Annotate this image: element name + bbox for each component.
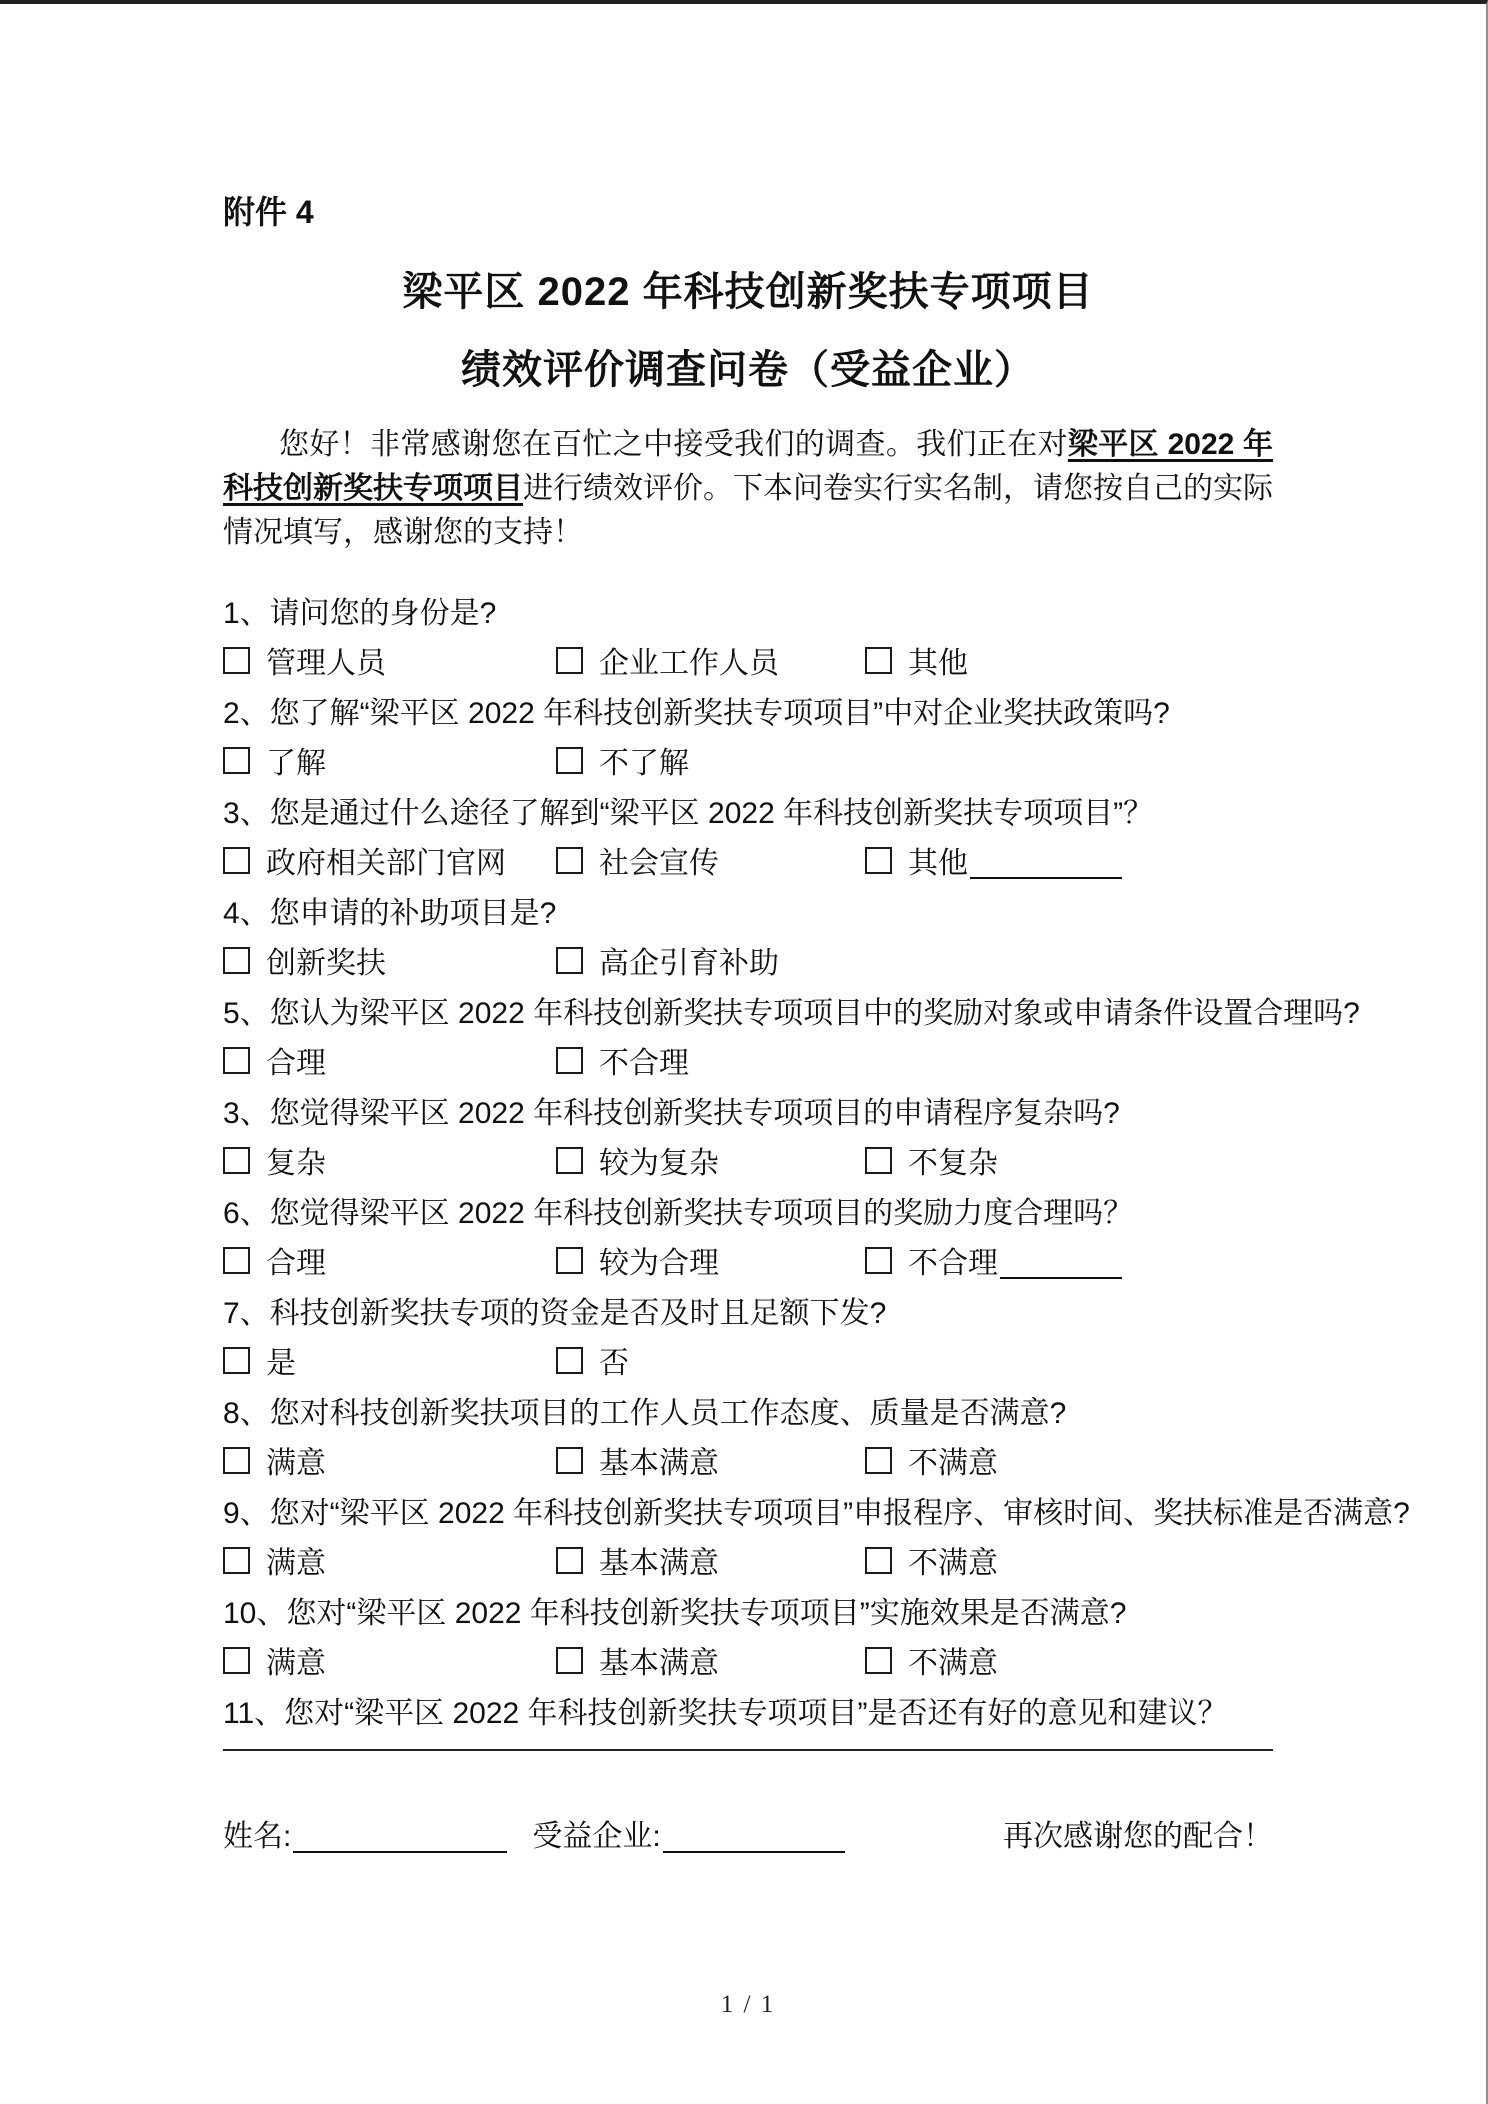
- page-content: 附件 4 梁平区 2022 年科技创新奖扶专项项目 绩效评价调查问卷（受益企业）…: [223, 4, 1273, 2019]
- option[interactable]: 较为合理: [556, 1238, 865, 1282]
- option-label: 高企引育补助: [599, 938, 779, 982]
- option-row: 是否: [223, 1335, 1273, 1385]
- option[interactable]: 不满意: [865, 1638, 998, 1682]
- question-text: 2、您了解“梁平区 2022 年科技创新奖扶专项项目”中对企业奖扶政策吗?: [223, 685, 1273, 735]
- option-label: 不合理: [908, 1238, 998, 1282]
- question-text: 10、您对“梁平区 2022 年科技创新奖扶专项项目”实施效果是否满意?: [223, 1585, 1273, 1635]
- document-page: 附件 4 梁平区 2022 年科技创新奖扶专项项目 绩效评价调查问卷（受益企业）…: [0, 0, 1488, 2104]
- checkbox-icon[interactable]: [556, 847, 583, 874]
- name-label: 姓名:: [223, 1820, 291, 1853]
- option-label: 是: [266, 1338, 296, 1382]
- checkbox-icon[interactable]: [556, 1447, 583, 1474]
- checkbox-icon[interactable]: [556, 1147, 583, 1174]
- question-text: 4、您申请的补助项目是?: [223, 885, 1273, 935]
- checkbox-icon[interactable]: [865, 1647, 892, 1674]
- option[interactable]: 复杂: [223, 1138, 556, 1182]
- question-list: 1、请问您的身份是?管理人员企业工作人员其他2、您了解“梁平区 2022 年科技…: [223, 585, 1273, 1735]
- option-label: 较为合理: [599, 1238, 719, 1282]
- option[interactable]: 高企引育补助: [556, 938, 865, 982]
- question-text: 11、您对“梁平区 2022 年科技创新奖扶专项项目”是否还有好的意见和建议？: [223, 1685, 1273, 1735]
- option[interactable]: 是: [223, 1338, 556, 1382]
- option[interactable]: 不合理: [865, 1238, 1122, 1282]
- question-text: 5、您认为梁平区 2022 年科技创新奖扶专项项目中的奖励对象或申请条件设置合理…: [223, 985, 1273, 1035]
- option-label: 否: [599, 1338, 629, 1382]
- option-row: 满意基本满意不满意: [223, 1435, 1273, 1485]
- option-label: 了解: [266, 738, 326, 782]
- option[interactable]: 满意: [223, 1438, 556, 1482]
- checkbox-icon[interactable]: [556, 1047, 583, 1074]
- checkbox-icon[interactable]: [223, 1647, 250, 1674]
- checkbox-icon[interactable]: [556, 947, 583, 974]
- option[interactable]: 合理: [223, 1238, 556, 1282]
- option[interactable]: 不了解: [556, 738, 865, 782]
- option[interactable]: 满意: [223, 1538, 556, 1582]
- option-row: 创新奖扶高企引育补助: [223, 935, 1273, 985]
- option-row: 合理不合理: [223, 1035, 1273, 1085]
- question-text: 3、您是通过什么途径了解到“梁平区 2022 年科技创新奖扶专项项目”？: [223, 785, 1273, 835]
- question-text: 9、您对“梁平区 2022 年科技创新奖扶专项项目”申报程序、审核时间、奖扶标准…: [223, 1485, 1273, 1535]
- option[interactable]: 较为复杂: [556, 1138, 865, 1182]
- option[interactable]: 了解: [223, 738, 556, 782]
- option-label: 不满意: [908, 1538, 998, 1582]
- option[interactable]: 政府相关部门官网: [223, 838, 556, 882]
- divider-line: [223, 1749, 1273, 1751]
- option-label: 满意: [266, 1638, 326, 1682]
- option-row: 了解不了解: [223, 735, 1273, 785]
- option[interactable]: 创新奖扶: [223, 938, 556, 982]
- option-label: 政府相关部门官网: [266, 838, 506, 882]
- option-label: 基本满意: [599, 1438, 719, 1482]
- question-text: 7、科技创新奖扶专项的资金是否及时且足额下发?: [223, 1285, 1273, 1335]
- option-row: 复杂较为复杂不复杂: [223, 1135, 1273, 1185]
- fill-in-line[interactable]: [1000, 1241, 1122, 1279]
- checkbox-icon[interactable]: [865, 1147, 892, 1174]
- doc-title-line1: 梁平区 2022 年科技创新奖扶专项项目: [223, 272, 1273, 312]
- option[interactable]: 否: [556, 1338, 865, 1382]
- question-text: 8、您对科技创新奖扶项目的工作人员工作态度、质量是否满意?: [223, 1385, 1273, 1435]
- option[interactable]: 管理人员: [223, 638, 556, 682]
- thanks-text: 再次感谢您的配合！: [1003, 1820, 1273, 1853]
- option-label: 其他: [908, 838, 968, 882]
- checkbox-icon[interactable]: [556, 747, 583, 774]
- option-label: 创新奖扶: [266, 938, 386, 982]
- option-label: 较为复杂: [599, 1138, 719, 1182]
- option-label: 不合理: [599, 1038, 689, 1082]
- checkbox-icon[interactable]: [865, 847, 892, 874]
- option-row: 管理人员企业工作人员其他: [223, 635, 1273, 685]
- page-number: 1 / 1: [223, 1991, 1273, 2019]
- option-row: 政府相关部门官网社会宣传其他: [223, 835, 1273, 885]
- option-row: 合理较为合理不合理: [223, 1235, 1273, 1285]
- doc-title-line2: 绩效评价调查问卷（受益企业）: [223, 350, 1273, 390]
- checkbox-icon[interactable]: [865, 1447, 892, 1474]
- checkbox-icon[interactable]: [556, 1347, 583, 1374]
- checkbox-icon[interactable]: [223, 1047, 250, 1074]
- checkbox-icon[interactable]: [865, 647, 892, 674]
- checkbox-icon[interactable]: [556, 647, 583, 674]
- option[interactable]: 社会宣传: [556, 838, 865, 882]
- option-label: 社会宣传: [599, 838, 719, 882]
- checkbox-icon[interactable]: [556, 1247, 583, 1274]
- checkbox-icon[interactable]: [223, 647, 250, 674]
- option[interactable]: 不满意: [865, 1438, 998, 1482]
- option[interactable]: 基本满意: [556, 1438, 865, 1482]
- option[interactable]: 其他: [865, 638, 968, 682]
- checkbox-icon[interactable]: [865, 1547, 892, 1574]
- question-text: 6、您觉得梁平区 2022 年科技创新奖扶专项项目的奖励力度合理吗？: [223, 1185, 1273, 1235]
- option-label: 管理人员: [266, 638, 386, 682]
- checkbox-icon[interactable]: [223, 847, 250, 874]
- company-label: 受益企业:: [532, 1820, 660, 1853]
- checkbox-icon[interactable]: [556, 1547, 583, 1574]
- option-row: 满意基本满意不满意: [223, 1635, 1273, 1685]
- option-label: 不满意: [908, 1438, 998, 1482]
- checkbox-icon[interactable]: [223, 1147, 250, 1174]
- option-label: 其他: [908, 638, 968, 682]
- option[interactable]: 不合理: [556, 1038, 865, 1082]
- intro-lead: 您好！非常感谢您在百忙之中接受我们的调查。我们正在对: [279, 428, 1068, 461]
- question-text: 3、您觉得梁平区 2022 年科技创新奖扶专项项目的申请程序复杂吗?: [223, 1085, 1273, 1135]
- option[interactable]: 企业工作人员: [556, 638, 865, 682]
- checkbox-icon[interactable]: [865, 1247, 892, 1274]
- option[interactable]: 基本满意: [556, 1638, 865, 1682]
- checkbox-icon[interactable]: [223, 1347, 250, 1374]
- option-label: 满意: [266, 1538, 326, 1582]
- option-label: 基本满意: [599, 1638, 719, 1682]
- option[interactable]: 不复杂: [865, 1138, 998, 1182]
- option-label: 不满意: [908, 1638, 998, 1682]
- checkbox-icon[interactable]: [223, 1547, 250, 1574]
- option[interactable]: 满意: [223, 1638, 556, 1682]
- attachment-label: 附件 4: [223, 196, 1273, 228]
- option[interactable]: 合理: [223, 1038, 556, 1082]
- intro-paragraph: 您好！非常感谢您在百忙之中接受我们的调查。我们正在对梁平区 2022 年科技创新…: [223, 423, 1273, 555]
- name-fill-in-line[interactable]: [293, 1815, 507, 1853]
- option-label: 满意: [266, 1438, 326, 1482]
- option-label: 复杂: [266, 1138, 326, 1182]
- option[interactable]: 不满意: [865, 1538, 998, 1582]
- checkbox-icon[interactable]: [223, 747, 250, 774]
- checkbox-icon[interactable]: [556, 1647, 583, 1674]
- checkbox-icon[interactable]: [223, 1447, 250, 1474]
- option-label: 合理: [266, 1038, 326, 1082]
- option-label: 不复杂: [908, 1138, 998, 1182]
- company-fill-in-line[interactable]: [663, 1815, 845, 1853]
- checkbox-icon[interactable]: [223, 947, 250, 974]
- option-row: 满意基本满意不满意: [223, 1535, 1273, 1585]
- option[interactable]: 基本满意: [556, 1538, 865, 1582]
- option-label: 合理: [266, 1238, 326, 1282]
- option[interactable]: 其他: [865, 838, 1122, 882]
- option-label: 企业工作人员: [599, 638, 779, 682]
- fill-in-line[interactable]: [970, 841, 1122, 879]
- question-text: 1、请问您的身份是?: [223, 585, 1273, 635]
- signature-row: 姓名: 受益企业: 再次感谢您的配合！: [223, 1815, 1273, 1853]
- option-label: 基本满意: [599, 1538, 719, 1582]
- option-label: 不了解: [599, 738, 689, 782]
- checkbox-icon[interactable]: [223, 1247, 250, 1274]
